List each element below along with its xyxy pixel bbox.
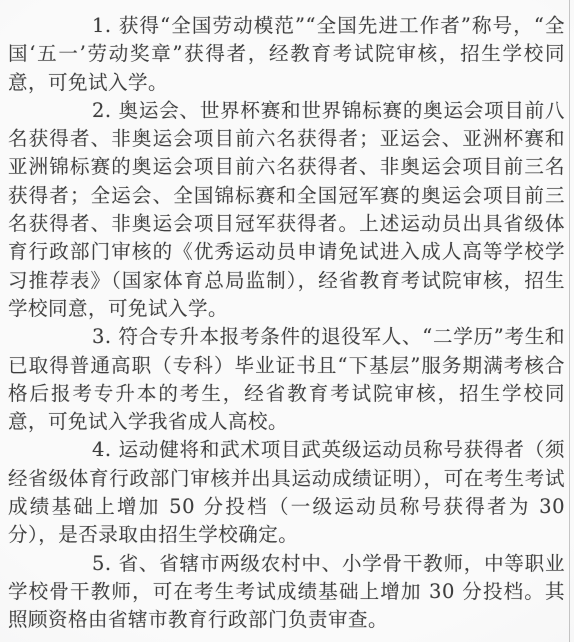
- document-page: 1. 获得“全国劳动模范”“全国先进工作者”称号，“全国‘五一’劳动奖章”获得者…: [0, 0, 574, 642]
- paragraph-2: 2. 奥运会、世界杯赛和世界锦标赛的奥运会项目前八名获得者、非奥运会项目前六名获…: [8, 97, 565, 323]
- document-body: 1. 获得“全国劳动模范”“全国先进工作者”称号，“全国‘五一’劳动奖章”获得者…: [8, 12, 565, 635]
- page-edge-line: [569, 0, 570, 642]
- paragraph-1: 1. 获得“全国劳动模范”“全国先进工作者”称号，“全国‘五一’劳动奖章”获得者…: [8, 12, 565, 97]
- paragraph-4: 4. 运动健将和武术项目武英级运动员称号获得者（须经省级体育行政部门审核并出具运…: [8, 436, 565, 549]
- paragraph-3: 3. 符合专升本报考条件的退役军人、“二学历”考生和已取得普通高职（专科）毕业证…: [8, 323, 565, 436]
- paragraph-5: 5. 省、省辖市两级农村中、小学骨干教师，中等职业学校骨干教师，可在考生考试成绩…: [8, 550, 565, 635]
